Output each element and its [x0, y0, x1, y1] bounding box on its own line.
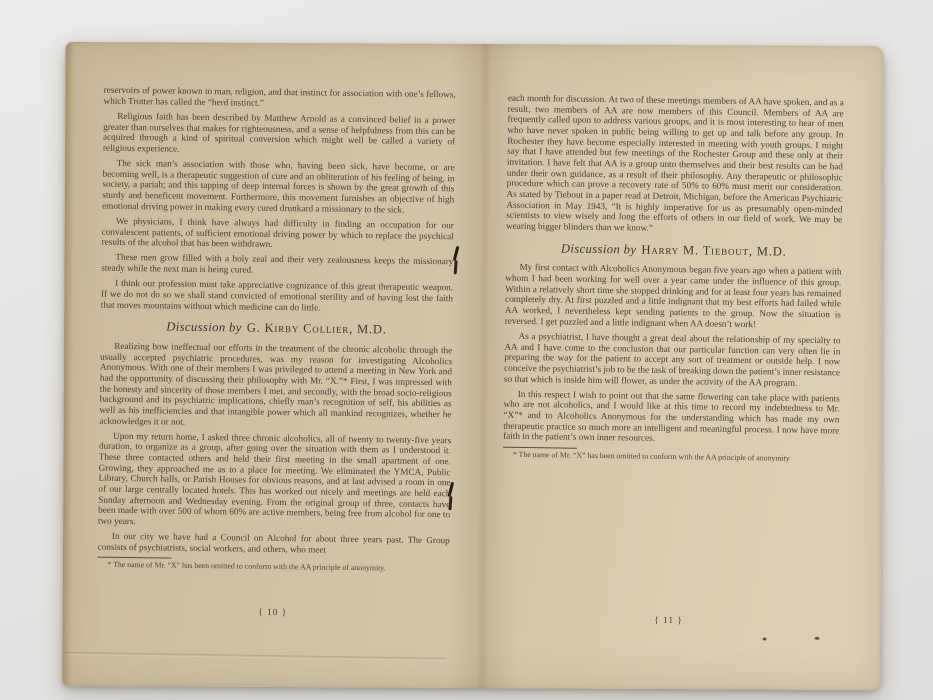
paragraph: reservoirs of power known to man, religi…	[103, 85, 455, 111]
open-booklet: reservoirs of power known to man, religi…	[62, 42, 883, 690]
paragraph: As a psychiatrist, I have thought a grea…	[504, 331, 841, 389]
heading-prefix: Discussion by	[166, 320, 242, 335]
paragraph: My first contact with Alcoholics Anonymo…	[505, 262, 842, 331]
page-number-left: { 10 }	[97, 606, 449, 621]
paragraph: each month for discussion. At two of the…	[506, 93, 844, 236]
discussion-heading-collier: Discussion byG. Kirby Collier, M.D.	[100, 319, 452, 338]
paragraph: I think our profession must take appreci…	[101, 278, 453, 315]
paragraph: Upon my return home, I asked three chron…	[98, 430, 451, 531]
heading-author-name: G. Kirby Collier, M.D.	[247, 321, 387, 337]
paragraph: These men grow filled with a holy zeal a…	[101, 252, 453, 278]
paragraph: The sick man’s association with those wh…	[102, 158, 455, 216]
booklet-left-edge	[62, 42, 74, 686]
heading-author-name: Harry M. Tiebout, M.D.	[641, 242, 786, 258]
page-left: reservoirs of power known to man, religi…	[96, 85, 455, 662]
paragraph: Realizing how ineffectual our efforts in…	[99, 341, 452, 431]
paragraph: In our city we have had a Council on Alc…	[98, 531, 450, 557]
footnote-right: * The name of Mr. “X” has been omitted t…	[503, 446, 839, 463]
page-right: each month for discussion. At two of the…	[500, 93, 844, 670]
discussion-heading-tiebout: Discussion byHarry M. Tiebout, M.D.	[506, 240, 842, 259]
footnote-text: * The name of Mr. “X” has been omitted t…	[503, 449, 839, 463]
paragraph: In this respect I wish to point out that…	[503, 388, 840, 446]
heading-prefix: Discussion by	[561, 241, 637, 256]
paragraph: Religious faith has been described by Ma…	[103, 111, 456, 158]
page-number-right: { 11 }	[501, 614, 837, 629]
footnote-text: * The name of Mr. “X” has been omitted t…	[97, 560, 449, 574]
paragraph: We physicians, I think have always had d…	[102, 216, 454, 253]
photo-background: reservoirs of power known to man, religi…	[0, 0, 933, 700]
footnote-left: * The name of Mr. “X” has been omitted t…	[97, 557, 449, 574]
